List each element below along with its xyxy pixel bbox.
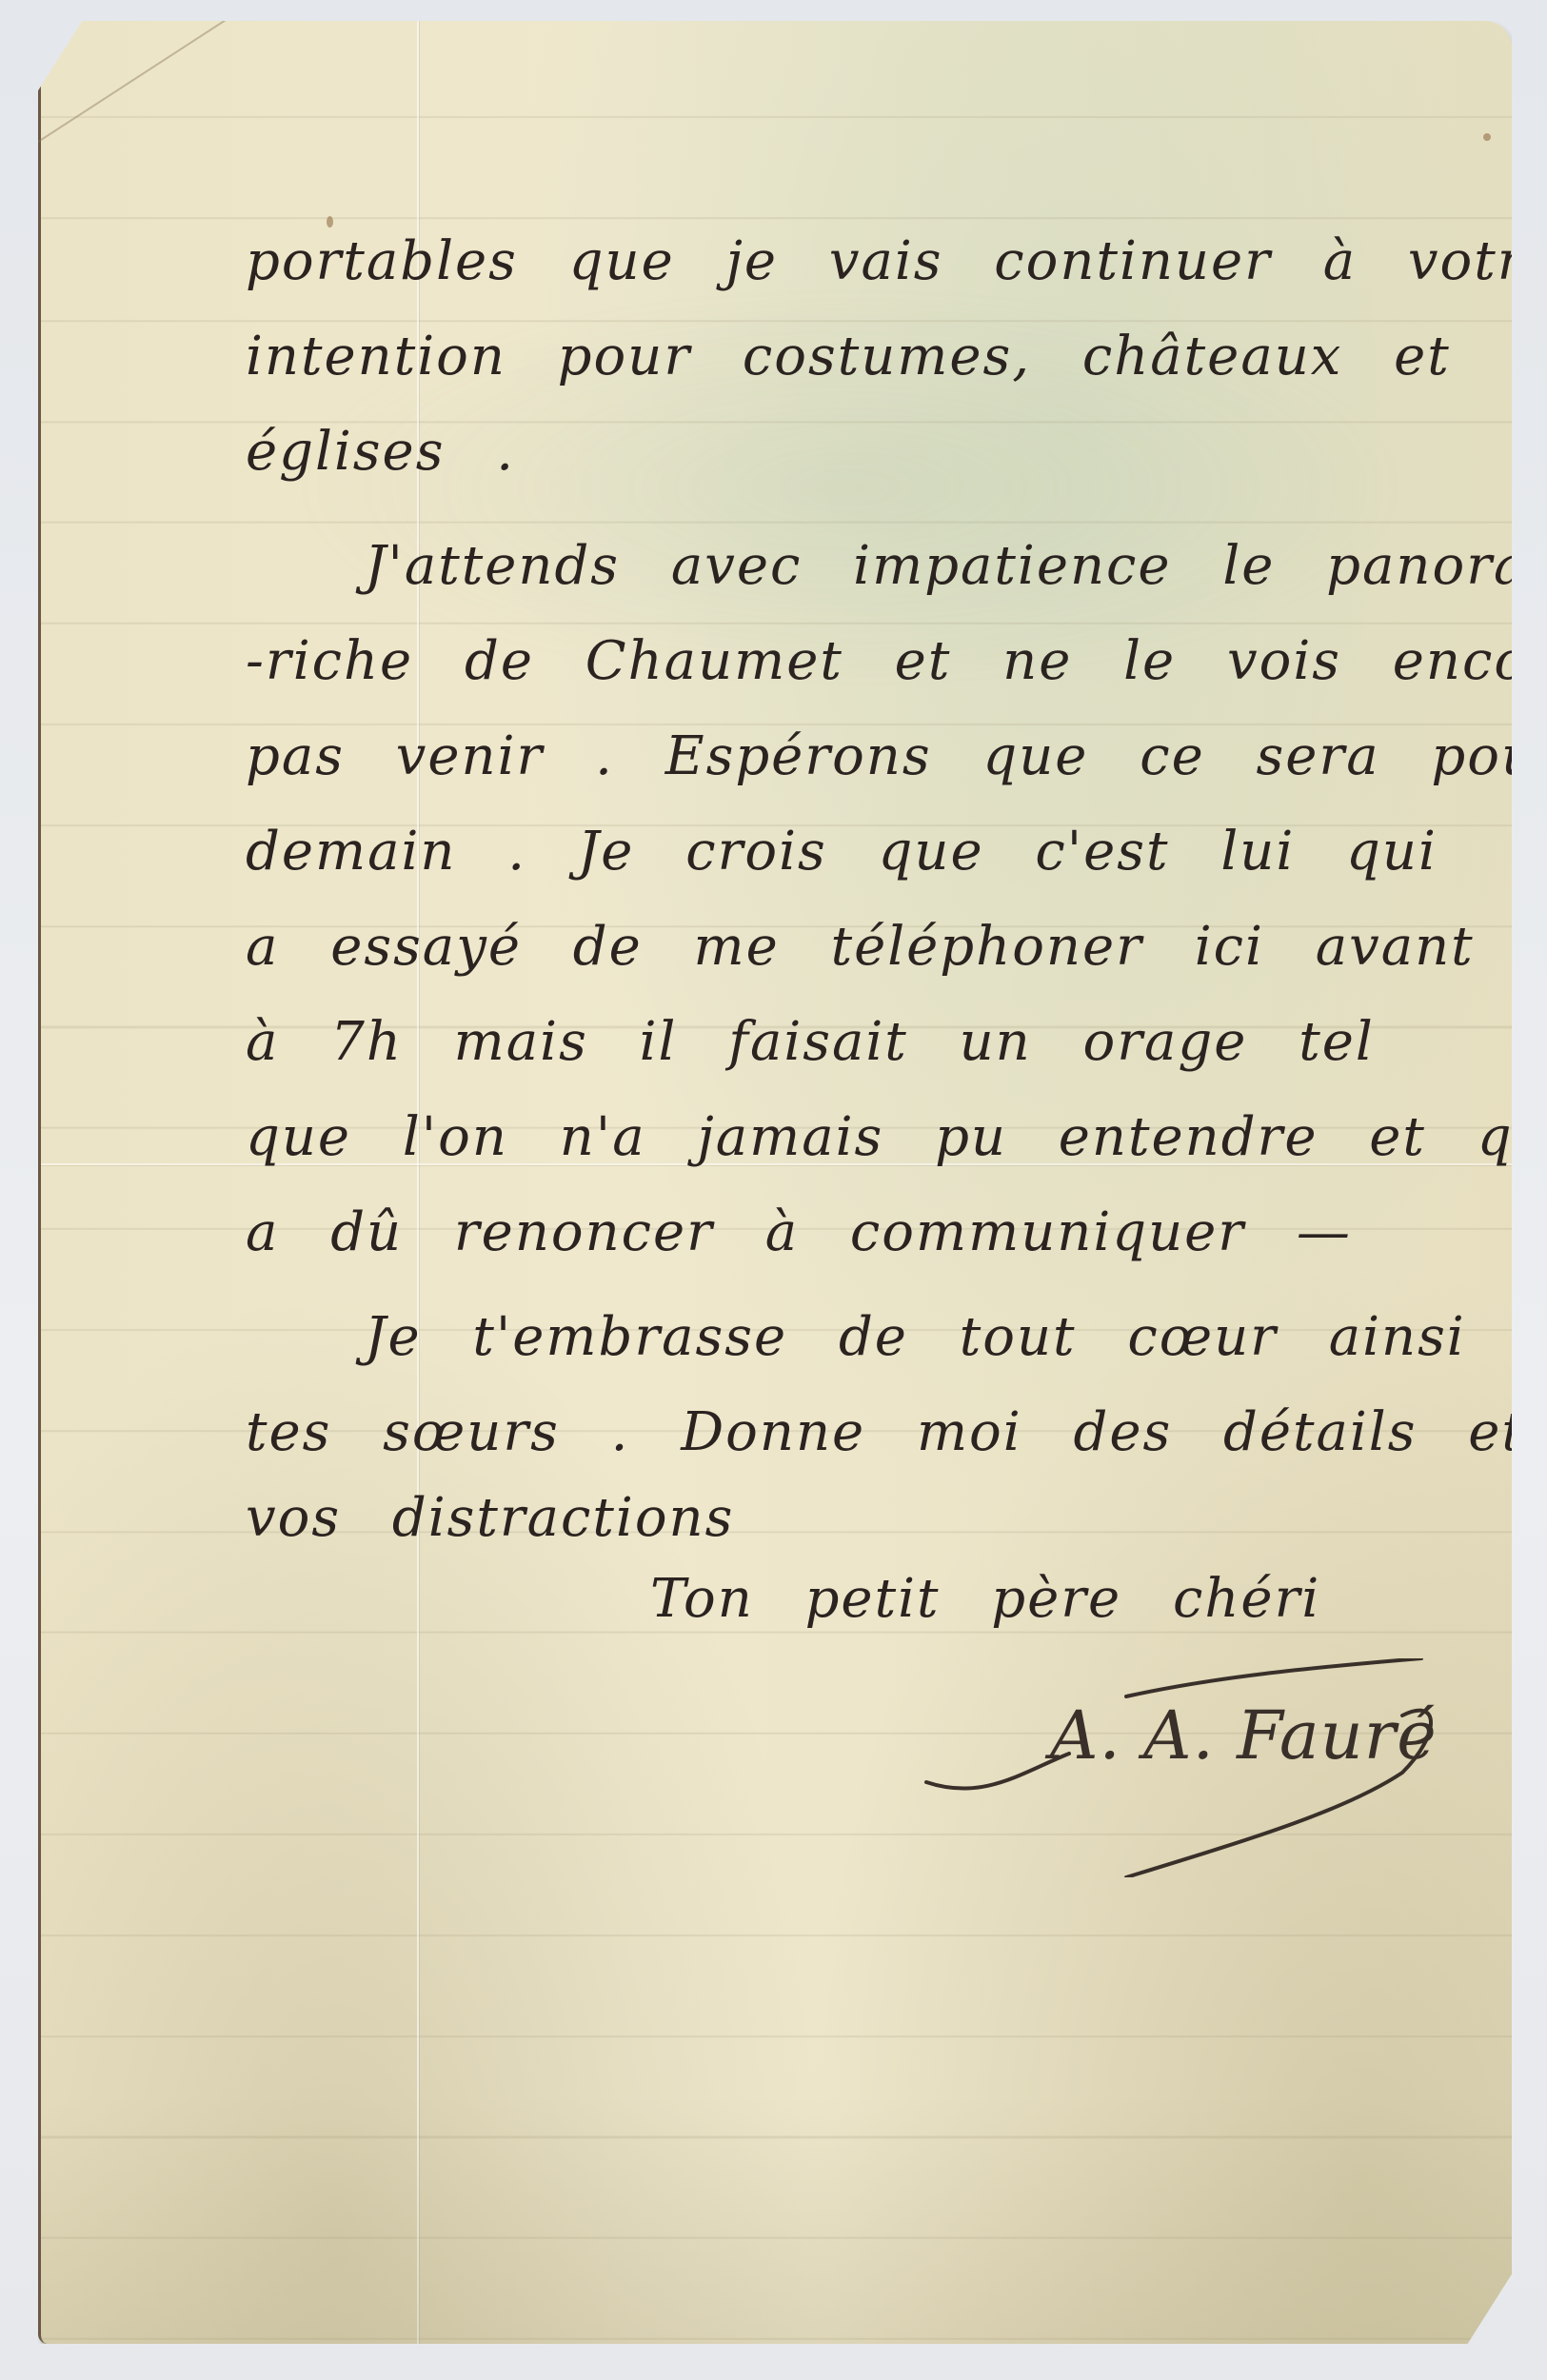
letter-line: a dû renoncer à communiquer — — [246, 1206, 1483, 1259]
signature: A. A. Fauré — [907, 1658, 1440, 1877]
letter-body: portables que je vais continuer à votre … — [41, 21, 1512, 2344]
letter-closing: Ton petit père chéri — [650, 1568, 1320, 1630]
letter-line: demain . Je crois que c'est lui qui — [246, 825, 1483, 879]
letter-line: intention pour costumes, châteaux et — [246, 330, 1483, 384]
letter-line: à 7h mais il faisait un orage tel — [246, 1016, 1483, 1069]
letter-line: portables que je vais continuer à votre — [246, 235, 1483, 288]
letter-line: églises . — [246, 426, 1483, 479]
letter-line: que l'on n'a jamais pu entendre et qu'on — [246, 1111, 1483, 1164]
letter-line: J'attends avec impatience le panora- — [365, 540, 1547, 593]
letter-line: pas venir . Espérons que ce sera pour — [246, 730, 1483, 783]
letter-page: portables que je vais continuer à votre … — [38, 21, 1512, 2344]
letter-line: a essayé de me téléphoner ici avant hier — [246, 921, 1483, 974]
letter-line: Je t'embrasse de tout cœur ainsi que — [365, 1311, 1547, 1364]
letter-line: tes sœurs . Donne moi des détails et — [246, 1406, 1483, 1459]
letter-line: vos distractions — [246, 1492, 1483, 1545]
signature-text: A. A. Fauré — [1050, 1696, 1438, 1775]
letter-line: -riche de Chaumet et ne le vois encore — [246, 635, 1483, 688]
